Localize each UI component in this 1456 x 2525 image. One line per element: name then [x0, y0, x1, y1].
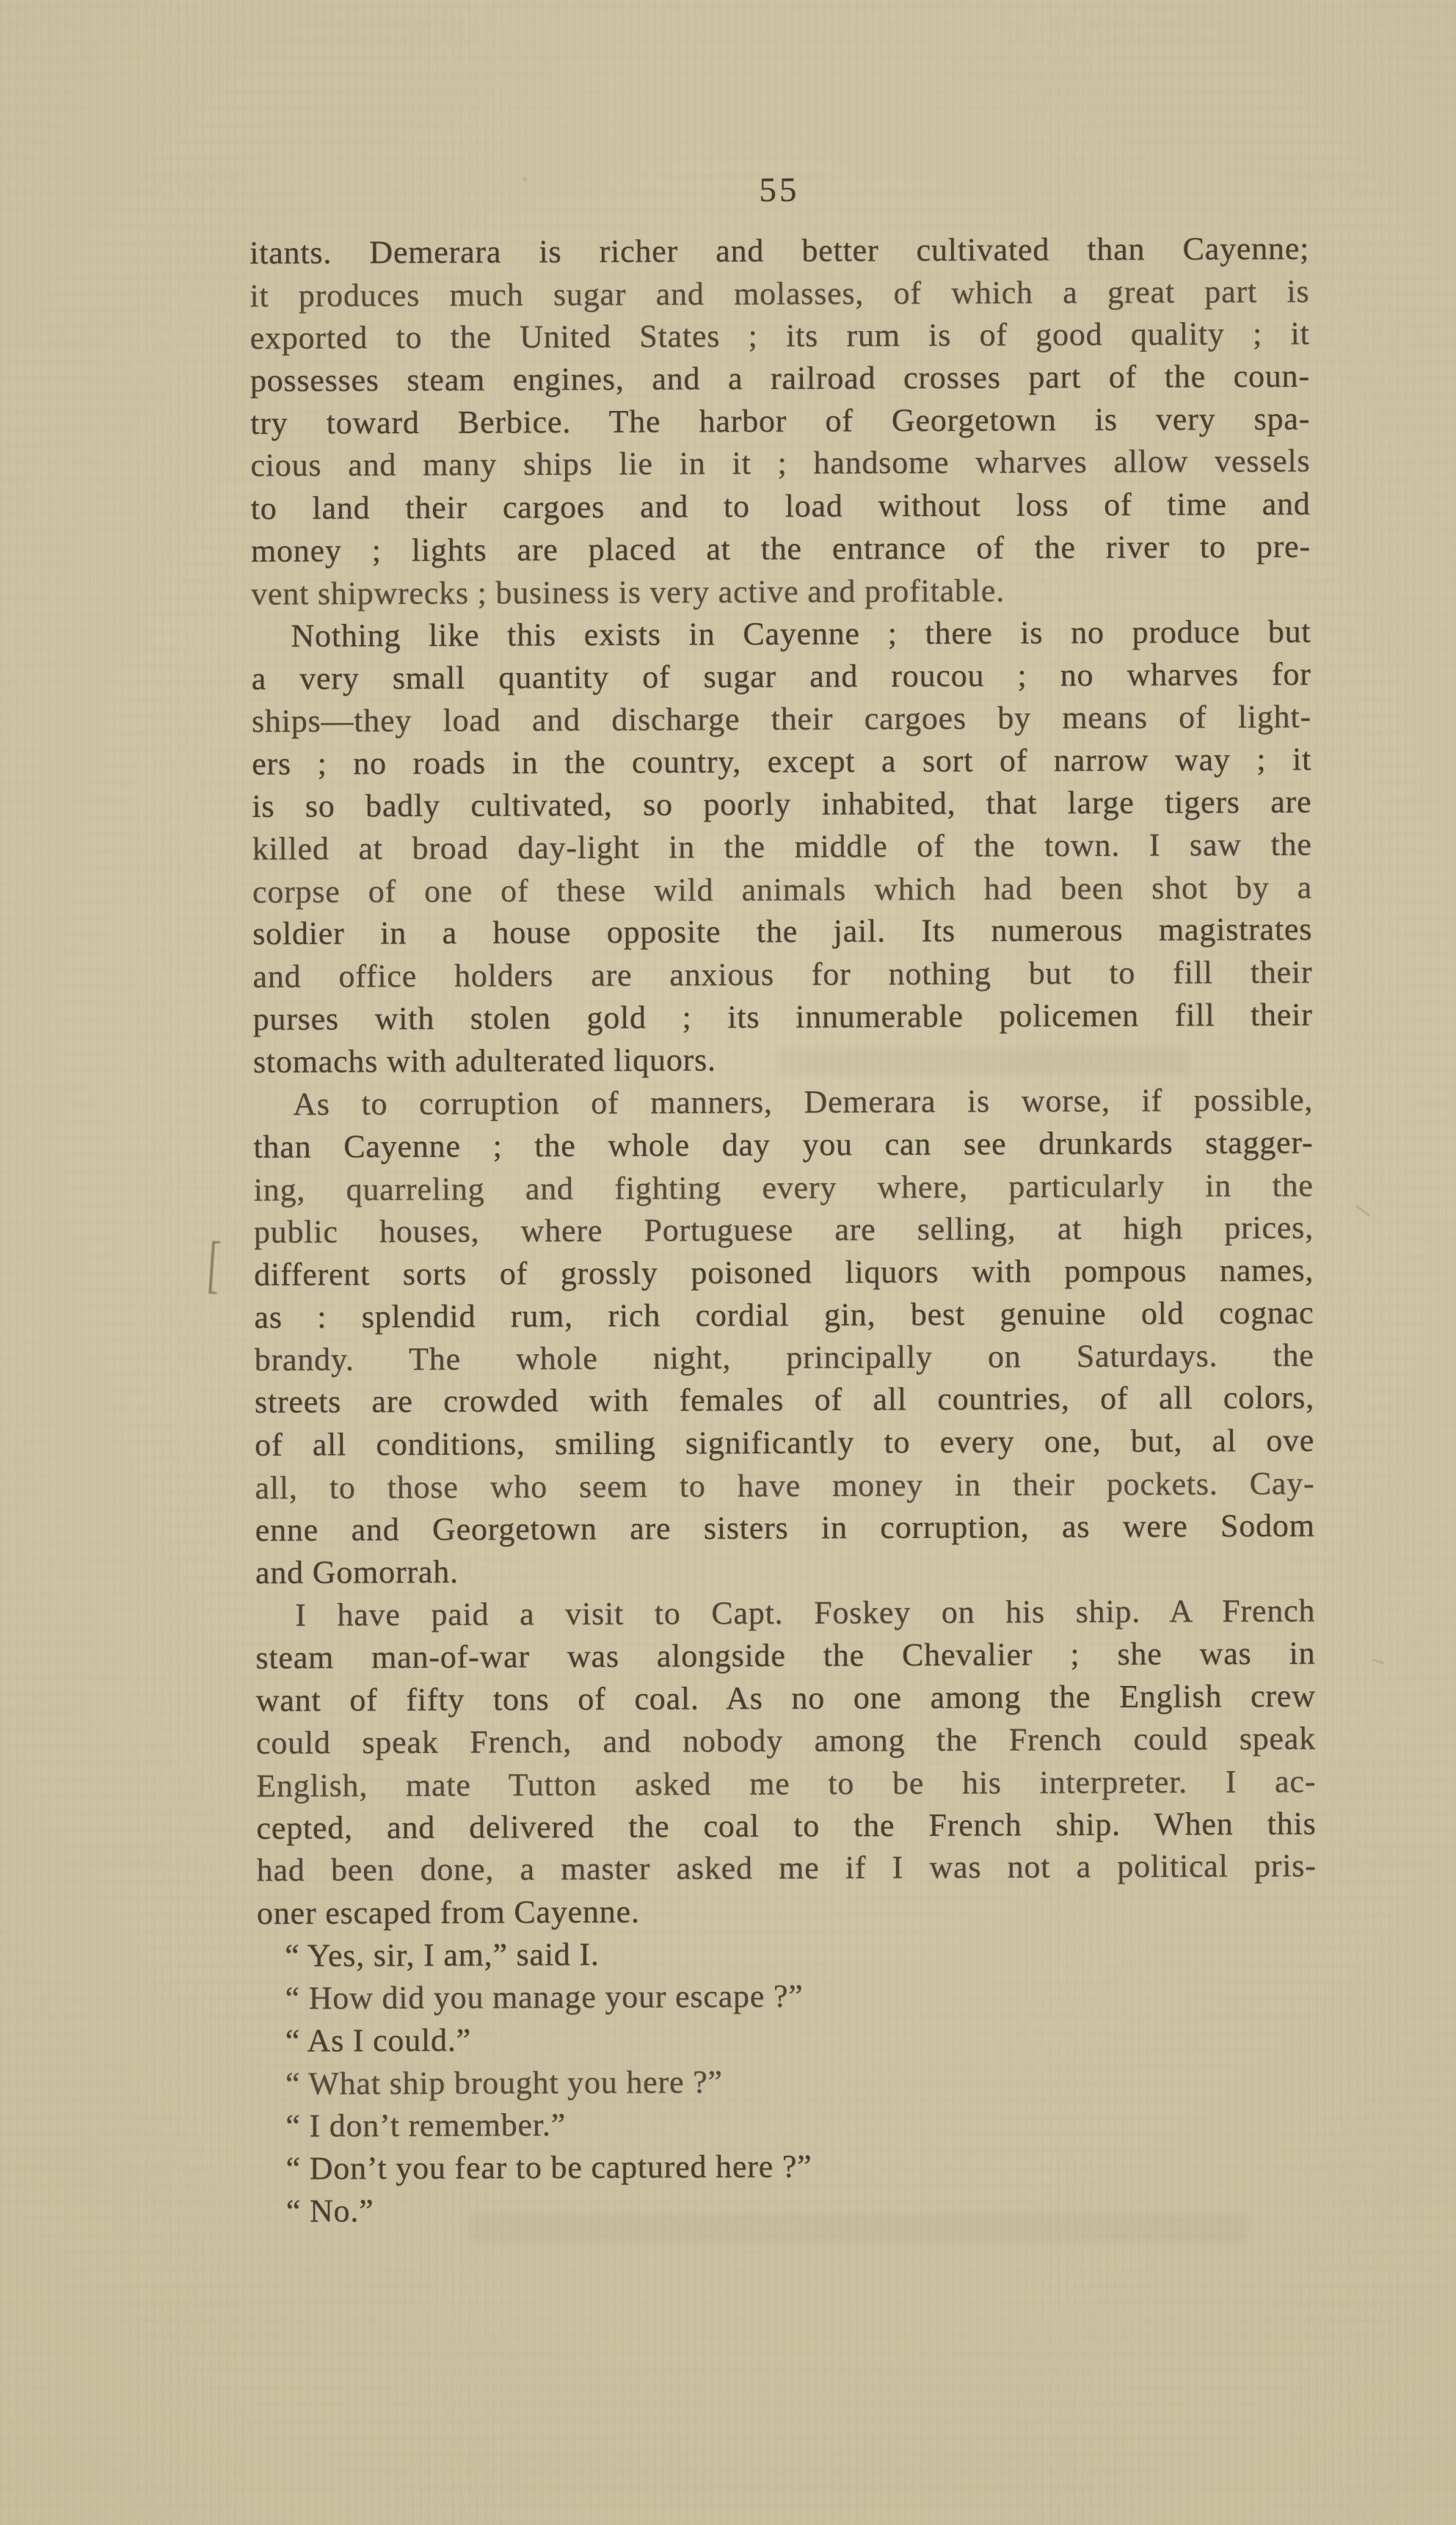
- text-line: ing, quarreling and fighting every where…: [254, 1164, 1314, 1211]
- text-line: money ; lights are placed at the entranc…: [251, 526, 1311, 573]
- text-line: had been done, a master asked me if I wa…: [257, 1845, 1317, 1892]
- text-line: Nothing like this exists in Cayenne ; th…: [251, 611, 1311, 658]
- text-line: to land their cargoes and to load withou…: [251, 483, 1311, 530]
- page-text-block: itants. Demerara is richer and better cu…: [250, 228, 1318, 2233]
- text-line: soldier in a house opposite the jail. It…: [252, 908, 1312, 955]
- scan-speck: [1355, 1205, 1369, 1217]
- text-line: steam man-of-war was alongside the Cheva…: [255, 1632, 1315, 1679]
- show-through-ghost: [470, 2214, 1248, 2243]
- text-line: vent shipwrecks ; business is very activ…: [251, 568, 1311, 615]
- show-through-ghost: [778, 1048, 1189, 1075]
- text-line: corpse of one of these wild animals whic…: [252, 866, 1312, 913]
- text-line: cious and many ships lie in it ; handsom…: [250, 440, 1310, 487]
- text-line: and Gomorrah.: [255, 1547, 1315, 1594]
- text-line: of all conditions, smiling significantly…: [255, 1420, 1314, 1467]
- text-line: it produces much sugar and molasses, of …: [250, 270, 1309, 317]
- text-line: try toward Berbice. The harbor of George…: [250, 398, 1310, 445]
- text-line: different sorts of grossly poisoned liqu…: [254, 1249, 1314, 1296]
- scan-speck: [523, 178, 527, 181]
- text-line: is so badly cultivated, so poorly inhabi…: [252, 781, 1311, 828]
- text-line: enne and Georgetown are sisters in corru…: [255, 1505, 1315, 1552]
- text-line: “ How did you manage your escape ?”: [257, 1973, 1317, 2020]
- scan-speck: [1372, 1659, 1384, 1665]
- text-line: ers ; no roads in the country, except a …: [252, 738, 1311, 785]
- text-line: “ What ship brought you here ?”: [258, 2058, 1317, 2105]
- text-line: want of fifty tons of coal. As no one am…: [256, 1675, 1316, 1722]
- text-line: and office holders are anxious for nothi…: [252, 951, 1312, 998]
- text-line: a very small quantity of sugar and rouco…: [252, 653, 1311, 700]
- text-line: brandy. The whole night, principally on …: [255, 1334, 1314, 1381]
- text-line: as : splendid rum, rich cordial gin, bes…: [254, 1292, 1314, 1339]
- text-line: I have paid a visit to Capt. Foskey on h…: [255, 1590, 1315, 1637]
- text-line: oner escaped from Cayenne.: [257, 1888, 1317, 1935]
- text-line: “ Yes, sir, I am,” said I.: [257, 1930, 1317, 1977]
- book-page-scan: 55 [ itants. Demerara is richer and bett…: [0, 0, 1456, 2525]
- text-line: possesses steam engines, and a railroad …: [250, 355, 1310, 402]
- text-line: As to corruption of manners, Demerara is…: [253, 1079, 1313, 1126]
- text-line: “ Don’t you fear to be captured here ?”: [258, 2143, 1317, 2190]
- text-line: all, to those who seem to have money in …: [255, 1462, 1314, 1509]
- text-line: itants. Demerara is richer and better cu…: [250, 228, 1309, 275]
- text-line: than Cayenne ; the whole day you can see…: [253, 1122, 1313, 1169]
- text-line: cepted, and delivered the coal to the Fr…: [256, 1803, 1316, 1850]
- text-line: killed at broad day-light in the middle …: [252, 824, 1312, 871]
- text-line: could speak French, and nobody among the…: [256, 1718, 1316, 1765]
- text-line: public houses, where Portuguese are sell…: [254, 1207, 1314, 1254]
- text-line: purses with stolen gold ; its innumerabl…: [253, 994, 1313, 1041]
- text-line: exported to the United States ; its rum …: [250, 313, 1310, 360]
- text-line: ships—they load and discharge their carg…: [252, 696, 1311, 743]
- text-line: “ I don’t remember.”: [258, 2101, 1317, 2148]
- text-line: “ As I could.”: [258, 2016, 1317, 2063]
- text-line: streets are crowded with females of all …: [255, 1376, 1314, 1423]
- page-number: 55: [250, 168, 1309, 211]
- margin-stray-mark: [: [205, 1220, 223, 1309]
- text-line: English, mate Tutton asked me to be his …: [256, 1760, 1316, 1807]
